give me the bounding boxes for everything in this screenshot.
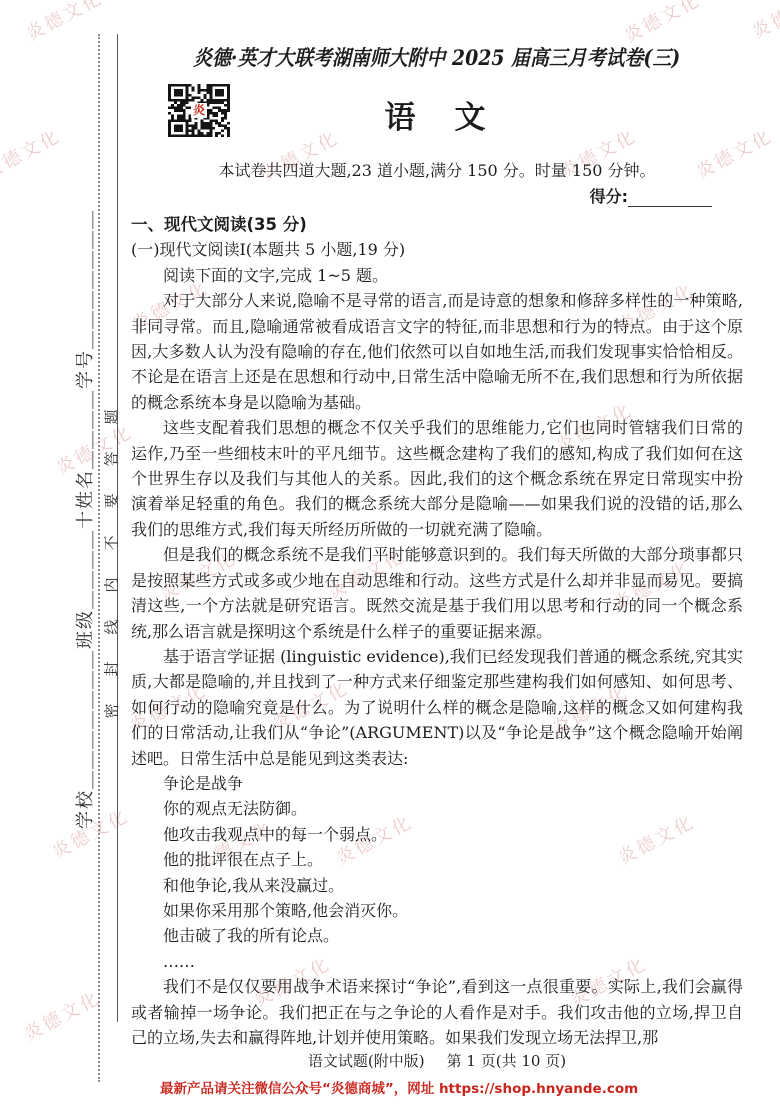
seal-warning-text: 密封线内不要答题 — [101, 387, 118, 719]
seal-student-fields: 学校＿＿＿＿＿＿＿班级＿＿＿＿十姓名＿＿＿＿学号＿＿＿＿＿＿＿ — [71, 179, 93, 859]
footer-doc-title: 语文试题(附中版) — [308, 1052, 425, 1070]
promo-text: 最新产品请关注微信公众号“炎德商城”，网址 https://shop.hnyan… — [160, 1077, 638, 1097]
paper-info: 本试卷共四道大题,23 道小题,满分 150 分。时量 150 分钟。 — [131, 158, 743, 181]
example-line: …… — [131, 949, 743, 974]
page-title-text: 炎德·英才大联考湖南师大附中 2025 届高三月考试卷(三) — [193, 42, 680, 72]
reading-passage: 一、现代文阅读(35 分) (一)现代文阅读Ⅰ(本题共 5 小题,19 分) 阅… — [131, 212, 743, 1050]
example-line: 他攻击我观点中的每一个弱点。 — [131, 822, 743, 847]
example-line: 他的批评很在点子上。 — [131, 847, 743, 872]
footer-page-number: 第 1 页(共 10 页) — [447, 1052, 566, 1070]
score-blank-line — [628, 191, 712, 207]
passage-paragraph: 这些支配着我们思想的概念不仅关乎我们的思维能力,它们也同时管辖我们日常的运作,乃… — [131, 415, 743, 542]
passage-paragraph: 但是我们的概念系统不是我们平时能够意识到的。我们每天所做的大部分琐事都只是按照某… — [131, 542, 743, 644]
watermark: 炎德文化 — [21, 0, 107, 46]
example-line: 争论是战争 — [131, 771, 743, 796]
part-heading: (一)现代文阅读Ⅰ(本题共 5 小题,19 分) — [131, 237, 743, 262]
example-line: 他击破了我的所有论点。 — [131, 923, 743, 948]
watermark: 炎德文化 — [619, 0, 705, 48]
example-line: 如果你采用那个策略,他会消灭你。 — [131, 898, 743, 923]
watermark: 炎德文化 — [0, 122, 65, 184]
passage-paragraph: 我们不是仅仅要用战争术语来探讨“争论”,看到这一点很重要。实际上,我们会赢得或者… — [131, 974, 743, 1050]
watermark: 炎德文化 — [19, 984, 105, 1046]
page-footer: 语文试题(附中版)第 1 页(共 10 页) — [131, 1050, 743, 1071]
score-field: 得分: — [590, 184, 712, 207]
page-title: 炎德·英才大联考湖南师大附中 2025 届高三月考试卷(三) — [131, 42, 743, 72]
section-heading: 一、现代文阅读(35 分) — [131, 212, 743, 237]
reading-instruction: 阅读下面的文字,完成 1~5 题。 — [131, 263, 743, 288]
watermark: 炎德文化 — [747, 0, 780, 44]
score-label: 得分: — [590, 187, 628, 206]
passage-paragraph: 基于语言学证据 (linguistic evidence),我们已经发现我们普通… — [131, 644, 743, 771]
example-line: 和他争论,我从来没赢过。 — [131, 873, 743, 898]
example-line: 你的观点无法防御。 — [131, 796, 743, 821]
passage-paragraph: 对于大部分人来说,隐喻不是寻常的语言,而是诗意的想象和修辞多样性的一种策略,非同… — [131, 288, 743, 415]
subject-title: 语 文 — [131, 92, 743, 137]
